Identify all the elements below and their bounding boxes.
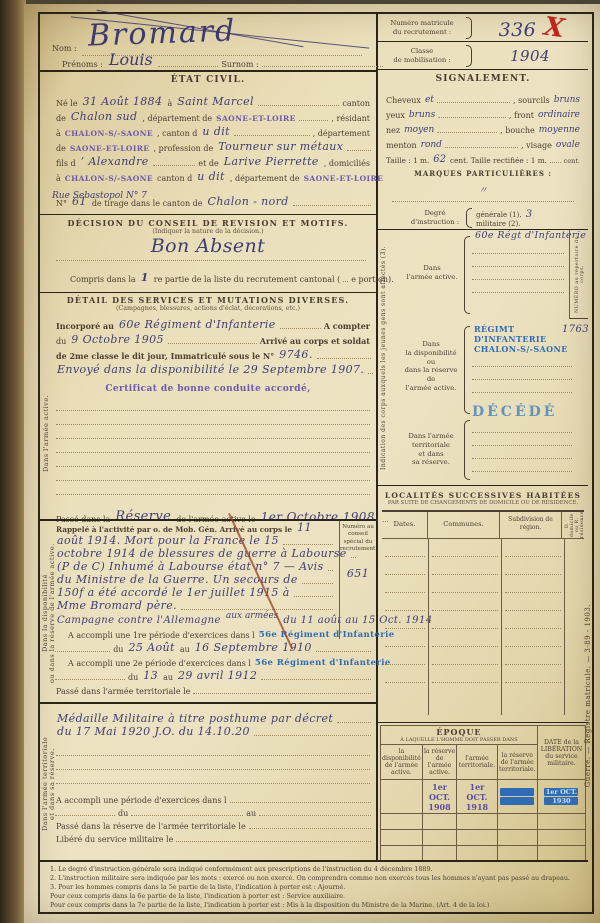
conseil-special-box: Numéro au conseil spécial du recrutement… <box>339 521 376 639</box>
printed-text: , profession de <box>152 144 216 153</box>
dotted-rule <box>56 258 366 261</box>
handwritten-avis-ministre: du Ministre de la Guerre. Un secours de <box>54 573 301 586</box>
illegible-blue-stamp <box>500 797 534 805</box>
footnote-3: 3. Pour les hommes compris dans la 5e pa… <box>50 883 582 892</box>
localites-side-cells <box>565 539 579 715</box>
handwritten-sourcils: bruns <box>552 95 582 105</box>
printed-text: de <box>54 144 68 153</box>
surnom-label: Surnom : <box>219 60 260 69</box>
epoque-value-reserve-territoriale <box>497 780 537 814</box>
dotted-rule <box>343 281 348 282</box>
name-header-section: Nom : Bromard Prénoms : Louis Surnom : <box>40 14 376 70</box>
localites-subdivision-cells <box>502 539 565 715</box>
dotted-rule <box>328 570 333 571</box>
handwritten-menton: rond <box>419 140 444 150</box>
localites-side-label: D. domicile ou R. résidence. <box>565 512 585 538</box>
margin-label-territoriale-2: et dans sa réserve. <box>48 734 56 834</box>
matricule-label: Numéro matricule du recrutement : <box>378 19 466 37</box>
handwritten-partie-number: 1 <box>138 271 152 284</box>
printed-text: N° <box>54 199 69 208</box>
dotted-rule <box>55 679 125 680</box>
etat-civil-line-4: de SAONE-ET-LOIRE , profession de Tourne… <box>40 138 376 153</box>
etat-civil-line-3: à CHALON-S/-SAONE , canton d u dit , dép… <box>40 123 376 138</box>
periode1-row: A accompli une 1re période d'exercices d… <box>40 626 376 640</box>
printed-text: Né le <box>54 99 80 108</box>
repertoire-box: NUMÉRO au répertoire du corps. <box>569 230 588 319</box>
etat-civil-title: ÉTAT CIVIL. <box>40 75 376 85</box>
epoque-value-row: 1er OCT. 1908 1er OCT. 1918 1er OCT. <box>381 780 586 814</box>
form-frame: Nom : Bromard Prénoms : Louis Surnom : É… <box>38 12 594 914</box>
handwritten-date: 11 <box>294 521 315 534</box>
empty-ruled-lines <box>40 742 376 784</box>
epoque-title-cell: ÉPOQUE À LAQUELLE L'HOMME DOIT PASSER DA… <box>381 726 538 745</box>
classe-label-line2: de mobilisation : <box>378 56 466 65</box>
handwritten-yeux: bruns <box>407 110 437 120</box>
dotted-rule <box>337 722 371 723</box>
epoque-empty-row <box>381 830 586 846</box>
epoque-subtitle: À LAQUELLE L'HOMME DOIT PASSER DANS <box>382 737 536 743</box>
classe-label-line1: Classe <box>378 47 466 56</box>
footnote-2: 2. L'instruction militaire sera indiquée… <box>50 874 582 883</box>
departement-stamp: SAONE-ET-LOIRE <box>68 144 152 153</box>
printed-text: à <box>165 99 174 108</box>
printed-text: de 2me classe le dit jour, Immatriculé s… <box>54 351 276 361</box>
dotted-rule <box>153 165 196 166</box>
ruled-line <box>56 742 370 756</box>
printed-text: A compter <box>322 321 372 331</box>
passe-reserve-territoriale-row: Passé dans la réserve de l'armée territo… <box>40 818 376 831</box>
footnotes: 1. Le degré d'instruction générale sera … <box>40 860 588 908</box>
ruled-line <box>472 354 572 367</box>
localites-col-dates: Dates. <box>382 512 428 538</box>
printed-text: à <box>54 174 63 183</box>
handwritten-inhumation: (P de C) Inhumé à Labourse état n° 7 — A… <box>54 560 327 573</box>
handwritten-date-incorporation: 9 Octobre 1905 <box>68 333 167 346</box>
signalement-section: SIGNALEMENT. Cheveux et , sourcils bruns… <box>378 74 588 230</box>
epoque-empty-row <box>381 814 586 830</box>
epoque-value-liberation: 1er OCT. 1930 <box>537 780 585 814</box>
corps-active-label: Dans l'armée active. <box>404 264 460 282</box>
residence-stamp: CHALON-S/-SAONE <box>63 129 155 138</box>
margin-label-armee-active: Dans l'armée active. <box>42 353 50 513</box>
printed-text: Arrivé au corps et soldat <box>258 336 372 346</box>
epoque-value-dispo <box>381 780 423 814</box>
handwritten-medaille-date: du 17 Mai 1920 J.O. du 14.10.20 <box>54 725 253 738</box>
degre-instruction-row: Degré d'instruction : générale (1). 3 mi… <box>378 208 588 228</box>
printed-text: , canton d <box>155 129 199 138</box>
printed-text: Compris dans la <box>54 275 138 284</box>
ruled-line <box>56 770 370 784</box>
departement-stamp: SAONE-ET-LOIRE <box>214 114 298 123</box>
marques-value: 〃 <box>378 178 588 188</box>
epoque-section: ÉPOQUE À LAQUELLE L'HOMME DOIT PASSER DA… <box>378 723 588 869</box>
printed-text: de <box>54 114 68 123</box>
handwritten-mother: Larive Pierrette <box>221 155 322 168</box>
handwritten-mort-pour-la-france: août 1914. Mort pour la France le 15 <box>54 534 282 547</box>
dotted-rule <box>438 117 506 118</box>
printed-text: re partie de la liste du recrutement can… <box>152 275 342 284</box>
printed-text: de tirage dans le canton de <box>90 199 205 208</box>
left-column: Nom : Bromard Prénoms : Louis Surnom : É… <box>40 14 378 860</box>
footnote-5: Pour ceux compris dans la 7e partie de l… <box>50 901 582 910</box>
signalement-taille-row: Taille : 1 m. 62 cent. Taille rectifiée … <box>378 150 588 165</box>
corps-vertical-label: Indication des corps auxquels les jeunes… <box>380 240 387 476</box>
printed-text: Cheveux <box>384 96 423 105</box>
printed-text: du <box>126 673 140 682</box>
printed-text: à <box>54 129 63 138</box>
services-line-3: de 2me classe le dit jour, Immatriculé s… <box>40 346 376 361</box>
dotted-rule <box>316 651 371 652</box>
footnote-1: 1. Le degré d'instruction générale sera … <box>50 865 582 874</box>
etat-civil-line-1: Né le 31 Août 1884 à Saint Marcel canton <box>40 93 376 108</box>
ruled-line <box>472 254 564 267</box>
printed-text: du <box>116 809 130 818</box>
red-x-mark: X <box>542 11 566 44</box>
localites-col-communes: Communes. <box>428 512 500 538</box>
handwritten-tirage-number: 61 <box>69 195 90 208</box>
ruled-line <box>56 453 370 467</box>
dotted-rule <box>550 162 561 163</box>
localites-body <box>382 539 584 715</box>
infanterie-stamp-line2: CHALON-S/-SAONE <box>472 344 572 354</box>
printed-text: yeux <box>384 111 407 120</box>
dotted-rule <box>168 343 257 344</box>
marques-label: MARQUES PARTICULIÈRES : <box>378 169 588 178</box>
printed-text: Rappelé à l'activité par o. de Mob. Gén.… <box>54 525 294 534</box>
libere-row: Libéré du service militaire le <box>40 831 376 844</box>
printed-text: au <box>178 645 192 654</box>
dotted-rule <box>181 609 333 610</box>
decision-section: DÉCISION DU CONSEIL DE REVISION ET MOTIF… <box>40 214 376 292</box>
ruled-line <box>56 481 370 495</box>
rappel-line-4: (P de C) Inhumé à Labourse état n° 7 — A… <box>40 560 338 573</box>
printed-text: , domiciliés <box>322 159 372 168</box>
handwritten-medaille-militaire: Médaille Militaire à titre posthume par … <box>54 712 336 725</box>
degre-label: Degré d'instruction : <box>404 209 466 227</box>
printed-text: nez <box>384 126 402 135</box>
decision-subtitle: (Indiquer la nature de la décision.) <box>40 228 376 235</box>
prenoms-value: Louis <box>105 50 157 69</box>
ruled-line <box>472 367 572 380</box>
ruled-line <box>56 397 370 411</box>
printed-text: cent. Taille rectifiée : 1 m. <box>448 156 549 165</box>
handwritten-matricule-corps: 9746. <box>276 348 316 361</box>
repertoire-number: 1763 <box>559 324 592 335</box>
handwritten-deces-lieu: octobre 1914 de blessures de guerre à La… <box>54 547 350 560</box>
handwritten-visage: ovale <box>554 140 582 150</box>
localites-subtitle: PAR SUITE DE CHANGEMENTS DE DOMICILE OU … <box>378 500 588 506</box>
dotted-rule <box>368 373 373 374</box>
illegible-blue-stamp <box>500 788 534 796</box>
territoriale-section: Dans l'armée territoriale et dans sa rés… <box>40 702 376 860</box>
handwritten-nez: moyen <box>402 125 436 135</box>
handwritten-cheveux: et <box>423 95 436 105</box>
conseil-special-value: 651 <box>340 567 376 580</box>
brace-decoration <box>464 420 470 480</box>
periode2-dates: du 13 au 29 avril 1912 <box>40 668 376 682</box>
handwritten-birthdate: 31 Août 1884 <box>80 95 166 108</box>
classe-value: 1904 <box>507 47 553 65</box>
repertoire-label: NUMÉRO au répertoire du corps. <box>575 234 585 314</box>
printed-text: A accompli une 1re période d'exercices d… <box>54 631 257 640</box>
epoque-col2-header: la réserve de l'armée active. <box>422 745 456 780</box>
reserve-section: Dans la disponibilité ou dans la réserve… <box>40 519 376 702</box>
printed-text: du <box>111 645 125 654</box>
epoque-value-territoriale: 1er OCT. 1918 <box>457 780 497 814</box>
edge-reference-text: Guerre. — Registre matricule. — 3-89 - 1… <box>584 604 592 787</box>
handwritten-date: 29 avril 1912 <box>175 669 260 682</box>
services-line-2: du 9 Octobre 1905 Arrivé au corps et sol… <box>40 331 376 346</box>
dotted-rule <box>299 120 329 121</box>
dotted-rule <box>317 358 371 359</box>
periode-territoriale-row: A accompli une période d'exercices dans … <box>40 792 376 805</box>
dotted-rule <box>293 205 371 206</box>
handwritten-canton: Chalon sud <box>68 110 141 123</box>
printed-text: fils d <box>54 159 78 168</box>
printed-text: canton <box>340 99 372 108</box>
ruled-line <box>56 439 370 453</box>
epoque-table: ÉPOQUE À LAQUELLE L'HOMME DOIT PASSER DA… <box>380 725 586 862</box>
handwritten-canton-tirage: Chalon - nord <box>205 195 292 208</box>
printed-text: , résidant <box>329 114 372 123</box>
classe-value-area: 1904 <box>472 46 588 65</box>
handwritten-degre: 3 <box>524 209 534 220</box>
infanterie-stamp-line1: RÉGIMT D'INFANTERIE <box>472 324 572 344</box>
corps-active-value: 60e Régt d'Infanterie <box>472 230 564 241</box>
matricule-label-line2: du recrutement : <box>378 28 466 37</box>
empty-ruled-lines <box>40 397 376 495</box>
ruled-line <box>56 411 370 425</box>
ruled-line <box>56 756 370 770</box>
signalement-row-2: yeux bruns , front ordinaire <box>378 105 588 120</box>
decede-stamp: DÉCÉDÉ <box>472 404 572 420</box>
epoque-date-col-header: DATE de la LIBÉRATION du service militai… <box>537 726 585 780</box>
printed-text: Libéré du service militaire le <box>54 835 175 844</box>
printed-text: Incorporé au <box>54 321 116 331</box>
prenoms-label: Prénoms : <box>54 60 105 69</box>
liberation-stamp-month: 1er OCT. <box>544 788 578 796</box>
corps-territoriale-row: Dans l'armée territoriale et dans sa rés… <box>394 418 588 482</box>
etat-civil-line-5: fils d ’ Alexandre et de Larive Pierrett… <box>40 153 376 168</box>
rappel-line-7: Mme Bromard père. <box>40 599 338 612</box>
passe-territoriale-row: Passé dans l'armée territoriale le <box>40 682 376 696</box>
brace-decoration <box>464 236 470 314</box>
corps-affectation-section: Indication des corps auxquels les jeunes… <box>378 230 588 486</box>
printed-text: , département <box>311 129 372 138</box>
prenoms-row: Prénoms : Louis Surnom : <box>40 54 388 69</box>
handwritten-profession: Tourneur sur métaux <box>215 140 346 153</box>
margin-label-disponibilite-2: ou dans la réserve de l'armée active. <box>48 526 56 701</box>
signalement-row-4: menton rond , visage ovale <box>378 135 588 150</box>
dotted-rule <box>262 66 383 67</box>
dotted-rule <box>234 135 310 136</box>
services-section: Dans l'armée active. DÉTAIL DES SERVICES… <box>40 292 376 519</box>
classe-row: Classe de mobilisation : 1904 <box>378 42 588 70</box>
etat-civil-line-2: de Chalon sud , département de SAONE-ET-… <box>40 108 376 123</box>
printed-text: cent. <box>562 157 582 165</box>
epoque-col1-header: la disponibilité de l'armée active. <box>381 745 423 780</box>
epoque-title: ÉPOQUE <box>382 727 536 737</box>
dotted-rule <box>131 815 243 816</box>
handwritten-father: ’ Alexandre <box>78 155 152 168</box>
medaille-line-2: du 17 Mai 1920 J.O. du 14.10.20 <box>40 725 376 738</box>
rappel-line-2: août 1914. Mort pour la France le 15 <box>40 534 338 547</box>
matricule-row: Numéro matricule du recrutement : 336 X <box>378 14 588 42</box>
handwritten-disponibilite: Envoyé dans la disponibilité le 29 Septe… <box>54 363 367 376</box>
decision-value: Bon Absent <box>40 235 376 257</box>
printed-text: , bouche <box>498 126 537 135</box>
handwritten-dit: u dit <box>194 170 228 183</box>
dotted-rule <box>437 102 510 103</box>
rappel-line-6: 150f a été accordé le 1er juillet 1915 à <box>40 586 338 599</box>
dotted-rule <box>302 583 333 584</box>
handwritten-campagne: Campagne contre l'Allemagne <box>54 615 224 626</box>
brace-decoration <box>464 326 470 414</box>
localites-title: LOCALITÉS SUCCESSIVES HABITÉES <box>378 491 588 500</box>
rappel-line-1: Rappelé à l'activité par o. de Mob. Gén.… <box>40 521 338 534</box>
printed-text: Passé dans l'armée territoriale le <box>54 687 192 696</box>
dotted-rule <box>193 693 371 694</box>
etat-civil-line-6: à CHALON-S/-SAONE canton d u dit , dépar… <box>40 168 376 183</box>
conseil-special-label: Numéro au conseil spécial du recrutement… <box>340 521 376 553</box>
right-column: Numéro matricule du recrutement : 336 X … <box>378 14 588 860</box>
handwritten-insertion: aux armées <box>224 611 281 621</box>
printed-text: , front <box>507 111 536 120</box>
handwritten-taille: 62 <box>431 154 448 165</box>
handwritten-dit: u dit <box>199 125 233 138</box>
periode-territoriale-dates: du au <box>40 805 376 818</box>
handwritten-date: 13 <box>140 669 161 682</box>
services-title: DÉTAIL DES SERVICES ET MUTATIONS DIVERSE… <box>40 295 376 305</box>
printed-text: Taille : 1 m. <box>384 156 431 165</box>
departement-stamp: SAONE-ET-LOIRE <box>302 174 386 183</box>
epoque-value-reserve: 1er OCT. 1908 <box>422 780 456 814</box>
services-line-5: Certificat de bonne conduite accordé, <box>40 376 376 391</box>
dotted-rule <box>230 802 371 803</box>
printed-text: canton d <box>155 174 194 183</box>
compris-row: Compris dans la 1 re partie de la liste … <box>40 269 376 284</box>
printed-text: A accompli une période d'exercices dans … <box>54 796 229 805</box>
printed-text: , département de <box>140 114 214 123</box>
epoque-col3-header: l'armée territoriale. <box>457 745 497 780</box>
printed-text: , sourcils <box>511 96 552 105</box>
medaille-line-1: Médaille Militaire à titre posthume par … <box>40 712 376 725</box>
signalement-row-3: nez moyen , bouche moyenne <box>378 120 588 135</box>
signalement-title: SIGNALEMENT. <box>378 74 588 84</box>
dotted-rule <box>158 66 219 67</box>
handwritten-beneficiaire: Mme Bromard père. <box>54 599 180 612</box>
ruled-line <box>472 420 572 433</box>
localites-communes-cells <box>429 539 502 715</box>
services-subtitle: (Campagnes, blessures, actions d'éclat, … <box>40 305 376 312</box>
corps-active-row: Dans l'armée active. 60e Régt d'Infanter… <box>394 230 588 322</box>
dotted-rule <box>437 132 497 133</box>
printed-text: et de <box>196 159 220 168</box>
ruled-line <box>472 459 572 472</box>
handwritten-secours: 150f a été accordé le 1er juillet 1915 à <box>54 586 293 599</box>
matricule-label-line1: Numéro matricule <box>378 19 466 28</box>
dotted-rule <box>259 815 371 816</box>
printed-text: menton <box>384 141 419 150</box>
localites-side-col: D. domicile ou R. résidence. <box>562 512 576 538</box>
campagne-row: Campagne contre l'Allemagne aux armées d… <box>40 612 376 626</box>
dotted-rule <box>294 596 333 597</box>
dotted-rule <box>280 328 321 329</box>
ruled-line <box>472 241 564 254</box>
services-line-4: Envoyé dans la disponibilité le 29 Septe… <box>40 361 376 376</box>
handwritten-birthplace: Saint Marcel <box>174 95 257 108</box>
handwritten-date: 16 Septembre 1910 <box>192 641 315 654</box>
regiment-stamp: 56e Régiment d'Infanterie <box>253 658 393 668</box>
periode2-row: A accompli une 2e période d'exercices da… <box>40 654 376 668</box>
dotted-rule <box>258 105 340 106</box>
dotted-rule <box>347 150 371 151</box>
handwritten-regiment: 60e Régiment d'Infanterie <box>116 318 279 331</box>
matricule-value: 336 <box>496 19 539 41</box>
dotted-rule <box>283 544 333 545</box>
classe-label: Classe de mobilisation : <box>378 47 466 65</box>
localites-dates-cells <box>382 539 429 715</box>
printed-text: , visage <box>519 141 554 150</box>
services-line-1: Incorporé au 60e Régiment d'Infanterie A… <box>40 316 376 331</box>
ruled-line <box>472 380 572 393</box>
localites-header-row: Dates. Communes. Subdivision de région. … <box>382 510 584 539</box>
dotted-rule <box>249 828 371 829</box>
handwritten-front: ordinaire <box>536 110 582 120</box>
printed-text: au <box>244 809 258 818</box>
ruled-line <box>472 267 564 280</box>
dotted-rule <box>261 679 371 680</box>
dotted-rule <box>55 815 115 816</box>
dotted-rule <box>445 147 518 148</box>
domicile-stamp: CHALON-S/-SAONE <box>63 174 155 183</box>
handwritten-bouche: moyenne <box>537 125 582 135</box>
rappel-line-5: du Ministre de la Guerre. Un secours de <box>40 573 338 586</box>
printed-text: , département de <box>228 174 302 183</box>
printed-text: du <box>54 337 68 346</box>
corps-territoriale-label: Dans l'armée territoriale et dans sa rés… <box>400 432 462 467</box>
registre-matricule-sheet: Nom : Bromard Prénoms : Louis Surnom : É… <box>24 4 600 923</box>
decision-title: DÉCISION DU CONSEIL DE REVISION ET MOTIF… <box>40 218 376 228</box>
signalement-row-1: Cheveux et , sourcils bruns <box>378 90 588 105</box>
dotted-rule <box>55 651 110 652</box>
ruled-line <box>472 446 572 459</box>
liberation-stamp-year: 1930 <box>544 797 578 805</box>
dotted-rule <box>254 735 371 736</box>
book-binding-edge <box>0 0 26 923</box>
corps-dispo-label: Dans la disponibilité ou dans la réserve… <box>398 340 464 393</box>
periode1-dates: du 25 Août au 16 Septembre 1910 <box>40 640 376 654</box>
etat-civil-line-6-street: Rue Sebastopol N° 7 <box>40 183 376 193</box>
ruled-line <box>56 425 370 439</box>
nom-label: Nom : <box>52 44 77 53</box>
localites-section: LOCALITÉS SUCCESSIVES HABITÉES PAR SUITE… <box>378 491 588 723</box>
degre-militaire: militaire (2). <box>476 220 534 228</box>
rappel-line-3: octobre 1914 de blessures de guerre à La… <box>40 547 338 560</box>
etat-civil-section: ÉTAT CIVIL. Né le 31 Août 1884 à Saint M… <box>40 70 376 214</box>
footnote-4: Pour ceux compris dans la 6e partie de l… <box>50 892 582 901</box>
epoque-col4-header: la réserve de l'armée territoriale. <box>497 745 537 780</box>
degre-generale: générale (1). 3 <box>476 209 534 220</box>
localites-col-subdivision: Subdivision de région. <box>500 512 562 538</box>
printed-text: au <box>161 673 175 682</box>
ruled-line <box>472 280 564 293</box>
ruled-line <box>56 467 370 481</box>
dotted-rule <box>176 841 371 842</box>
matricule-value-area: 336 X <box>472 13 588 43</box>
printed-text: Passé dans la réserve de l'armée territo… <box>54 822 248 831</box>
printed-text: A accompli une 2e période d'exercices da… <box>54 659 253 668</box>
